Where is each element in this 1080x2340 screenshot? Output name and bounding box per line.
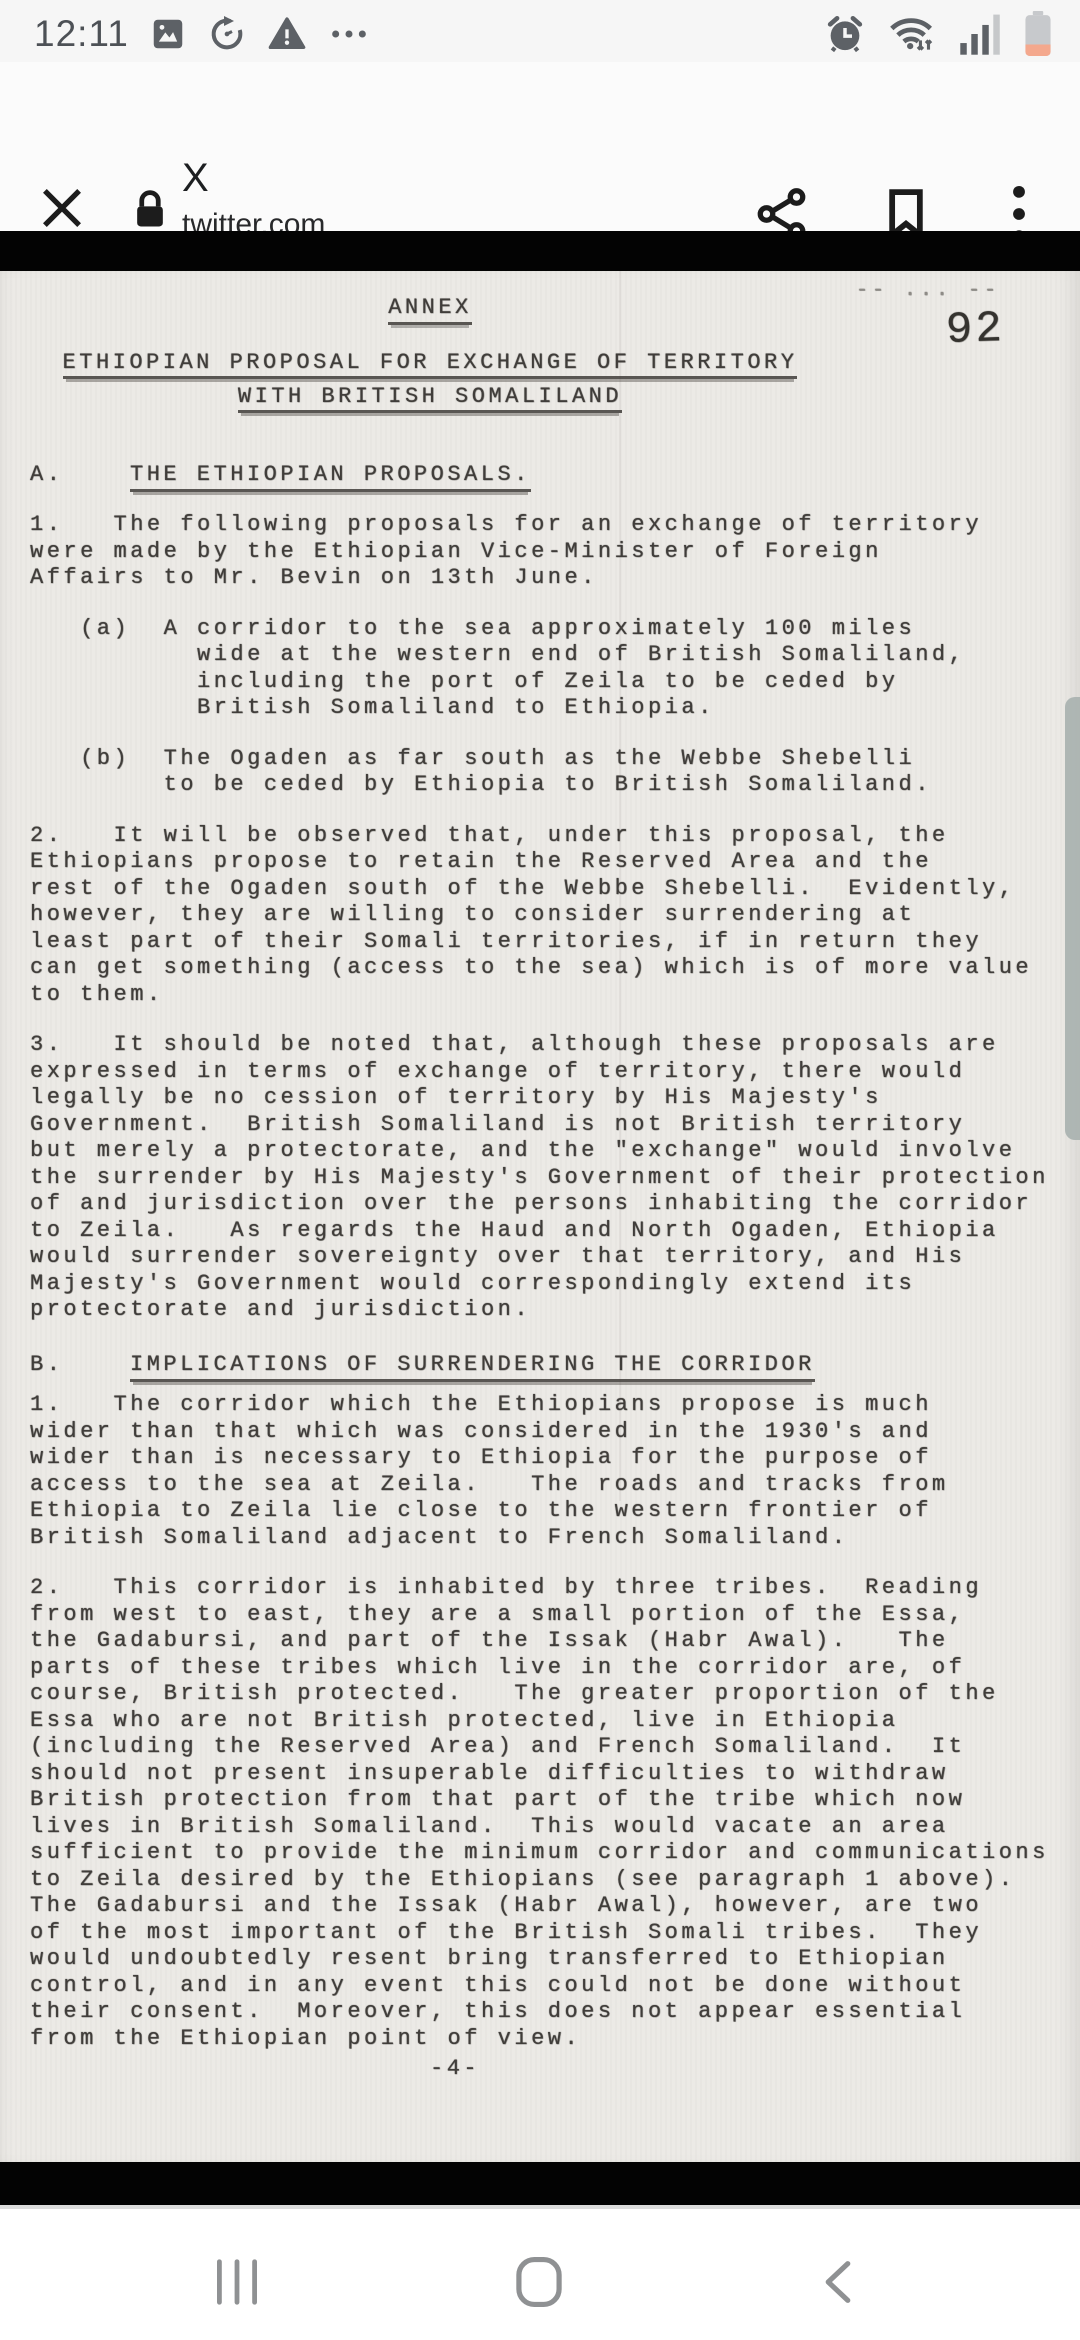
annex-heading: ANNEX [30, 295, 830, 322]
paragraph: 3. It should be noted that, although the… [30, 1032, 1080, 1324]
section-label: A. [30, 462, 130, 489]
wifi-icon [886, 12, 938, 56]
site-title: X [182, 154, 702, 202]
lock-icon [128, 186, 172, 234]
letterbox-bottom [0, 2162, 1080, 2205]
section-heading: B.IMPLICATIONS OF SURRENDERING THE CORRI… [30, 1352, 1080, 1379]
section-heading: A.THE ETHIOPIAN PROPOSALS. [30, 462, 1080, 489]
paragraph: (b) The Ogaden as far south as the Webbe… [30, 746, 1080, 799]
scrollbar[interactable] [1065, 697, 1080, 1140]
home-button[interactable] [515, 2256, 563, 2308]
document-title-line1: ETHIOPIAN PROPOSAL FOR EXCHANGE OF TERRI… [30, 346, 830, 380]
letterbox-top [0, 231, 1080, 271]
document-title: ETHIOPIAN PROPOSAL FOR EXCHANGE OF TERRI… [30, 346, 830, 414]
screen: 12:11 [0, 0, 1080, 2340]
section-label: B. [30, 1352, 130, 1379]
document-page[interactable]: -- ... -- 92 ANNEX ETHIOPIAN PROPOSAL FO… [0, 271, 1080, 2162]
paragraph: (a) A corridor to the sea approximately … [30, 616, 1080, 722]
alarm-icon [824, 13, 866, 55]
recents-button[interactable] [214, 2258, 260, 2306]
warning-notification-icon [267, 14, 307, 54]
back-button[interactable] [818, 2260, 858, 2304]
status-bar-left: 12:11 [34, 13, 371, 55]
close-button[interactable] [34, 180, 90, 236]
document-body: A.THE ETHIOPIAN PROPOSALS.1. The followi… [30, 462, 1080, 2053]
paragraph: 2. This corridor is inhabited by three t… [30, 1575, 1080, 2052]
section-title: THE ETHIOPIAN PROPOSALS. [130, 462, 531, 492]
page-footer: -4- [30, 2056, 1080, 2083]
status-bar: 12:11 [0, 0, 1080, 62]
clock-time: 12:11 [34, 13, 129, 55]
section-title: IMPLICATIONS OF SURRENDERING THE CORRIDO… [130, 1352, 815, 1382]
paragraph: 1. The following proposals for an exchan… [30, 512, 1080, 592]
image-notification-icon [149, 15, 187, 53]
document-title-line2: WITH BRITISH SOMALILAND [30, 380, 830, 414]
more-notifications-icon [327, 14, 371, 54]
paragraph: 1. The corridor which the Ethiopians pro… [30, 1392, 1080, 1551]
browser-toolbar: X twitter.com [0, 62, 1080, 231]
document-content: ANNEX ETHIOPIAN PROPOSAL FOR EXCHANGE OF… [0, 271, 1080, 2083]
status-bar-right [824, 11, 1052, 57]
signal-icon [958, 12, 1004, 56]
paragraph: 2. It will be observed that, under this … [30, 823, 1080, 1009]
battery-icon [1024, 11, 1052, 57]
sync-notification-icon [207, 14, 247, 54]
